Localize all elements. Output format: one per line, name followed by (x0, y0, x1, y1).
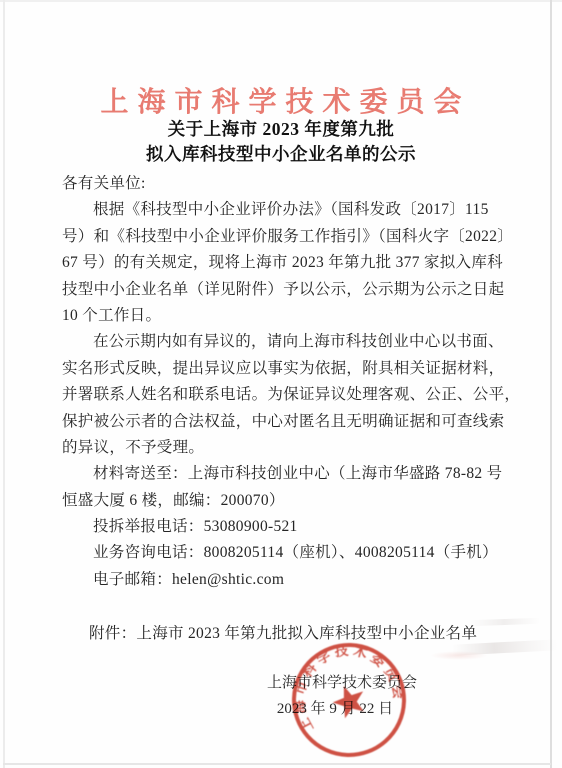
body-line: 10 个工作日。 (62, 303, 517, 329)
mailing-address-line: 材料寄送至：上海市科技创业中心（上海市华盛路 78-82 号 (62, 461, 517, 487)
announcement-document: 上海市科学技术委员会 关于上海市 2023 年度第九批 拟入库科技型中小企业名单… (0, 0, 562, 768)
body-line: 在公示期内如有异议的，请向上海市科技创业中心以书面、 (62, 329, 517, 355)
body-line: 根据《科技型中小企业评价办法》（国科发政〔2017〕115 (62, 197, 517, 223)
service-phone-line: 业务咨询电话：8008205114（座机）、4008205114（手机） (62, 540, 517, 566)
document-title-line1: 关于上海市 2023 年度第九批 (0, 116, 562, 141)
body-line: 并署联系人姓名和联系电话。为保证异议处理客观、公正、公平， (62, 382, 517, 408)
complaint-phone-line: 投拆举报电话：53080900-521 (62, 514, 517, 540)
body-line: 技型中小企业名单（详见附件）予以公示，公示期为公示之日起 (62, 277, 517, 303)
seal-star-icon (329, 680, 370, 720)
document-title-line2: 拟入库科技型中小企业名单的公示 (0, 141, 562, 166)
scan-smudge (468, 618, 540, 627)
seal-circular-text: 上海市科学技术委员会 (288, 639, 410, 740)
scan-edge-top (0, 0, 562, 2)
body-line: 实名形式反映，提出异议应以事实为依据，附具相关证据材料， (62, 356, 517, 382)
document-body: 各有关单位: 根据《科技型中小企业评价办法》（国科发政〔2017〕115 号）和… (62, 171, 517, 593)
email-line: 电子邮箱：helen@shtic.com (62, 567, 517, 593)
salutation: 各有关单位: (62, 171, 517, 197)
scan-edge-bottom (3, 763, 551, 765)
official-seal: 上海市科学技术委员会 (288, 639, 410, 761)
body-line: 号）和《科技型中小企业评价服务工作指引》（国科火字〔2022〕 (62, 224, 517, 250)
body-line: 的异议，不予受理。 (62, 435, 517, 461)
body-line: 67 号）的有关规定，现将上海市 2023 年第九批 377 家拟入库科 (62, 250, 517, 276)
ink-smudge (430, 651, 488, 660)
body-line: 保护被公示者的合法权益，中心对匿名且无明确证据和可查线索 (62, 409, 517, 435)
issuing-org-title: 上海市科学技术委员会 (0, 80, 562, 120)
mailing-address-line: 恒盛大厦 6 楼，邮编：200070） (62, 488, 517, 514)
attachment-line: 附件：上海市 2023 年第九批拟入库科技型中小企业名单 (89, 621, 477, 643)
